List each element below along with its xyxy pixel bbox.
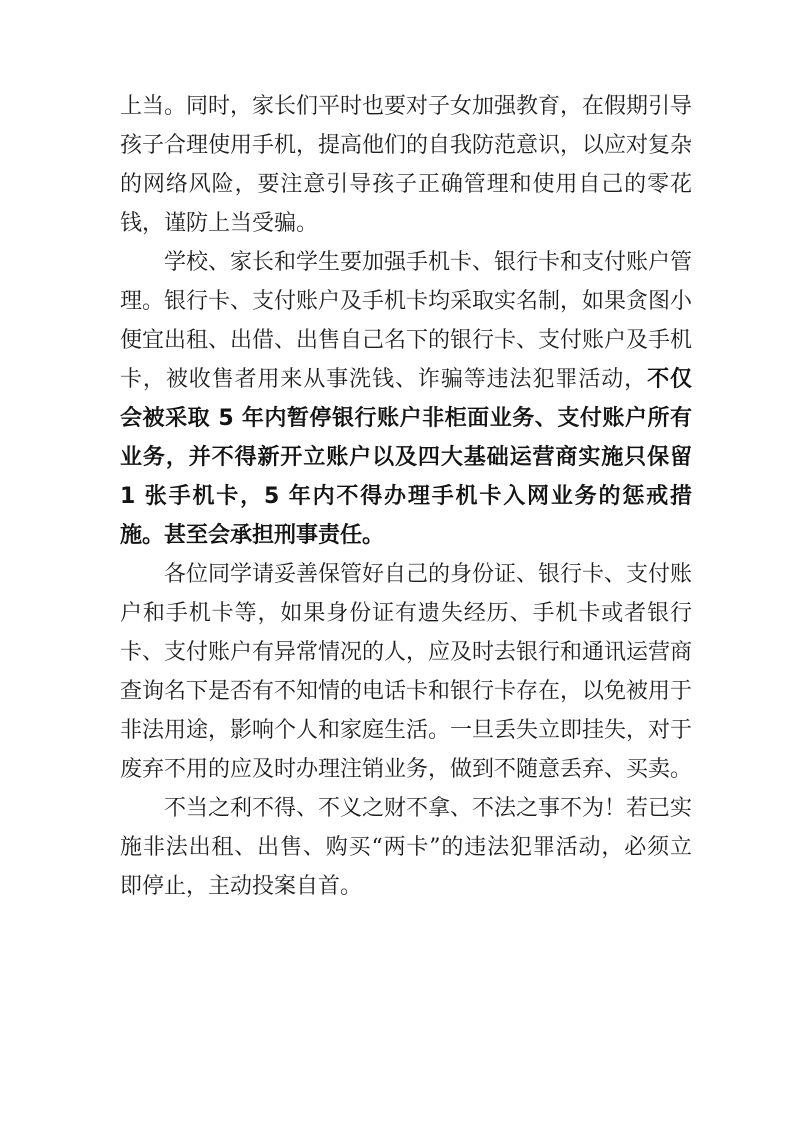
paragraph-1-text: 上当。同时，家长们平时也要对子女加强教育，在假期引导孩子合理使用手机，提高他们的… xyxy=(120,94,692,236)
paragraph-4-text: 不当之利不得、不义之财不拿、不法之事不为！若已实施非法出租、出售、购买“两卡”的… xyxy=(120,796,692,899)
paragraph-2-text: 学校、家长和学生要加强手机卡、银行卡和支付账户管理。银行卡、支付账户及手机卡均采… xyxy=(120,250,692,392)
paragraph-2: 学校、家长和学生要加强手机卡、银行卡和支付账户管理。银行卡、支付账户及手机卡均采… xyxy=(120,243,692,555)
paragraph-1: 上当。同时，家长们平时也要对子女加强教育，在假期引导孩子合理使用手机，提高他们的… xyxy=(120,87,692,243)
paragraph-4: 不当之利不得、不义之财不拿、不法之事不为！若已实施非法出租、出售、购买“两卡”的… xyxy=(120,789,692,906)
paragraph-3: 各位同学请妥善保管好自己的身份证、银行卡、支付账户和手机卡等，如果身份证有遗失经… xyxy=(120,555,692,789)
document-page: 上当。同时，家长们平时也要对子女加强教育，在假期引导孩子合理使用手机，提高他们的… xyxy=(0,0,800,1131)
document-text-block: 上当。同时，家长们平时也要对子女加强教育，在假期引导孩子合理使用手机，提高他们的… xyxy=(120,87,692,906)
paragraph-3-text: 各位同学请妥善保管好自己的身份证、银行卡、支付账户和手机卡等，如果身份证有遗失经… xyxy=(120,562,692,782)
paragraph-2-bold-penalty-text: 不仅会被采取 5 年内暂停银行账户非柜面业务、支付账户所有业务，并不得新开立账户… xyxy=(120,367,692,548)
